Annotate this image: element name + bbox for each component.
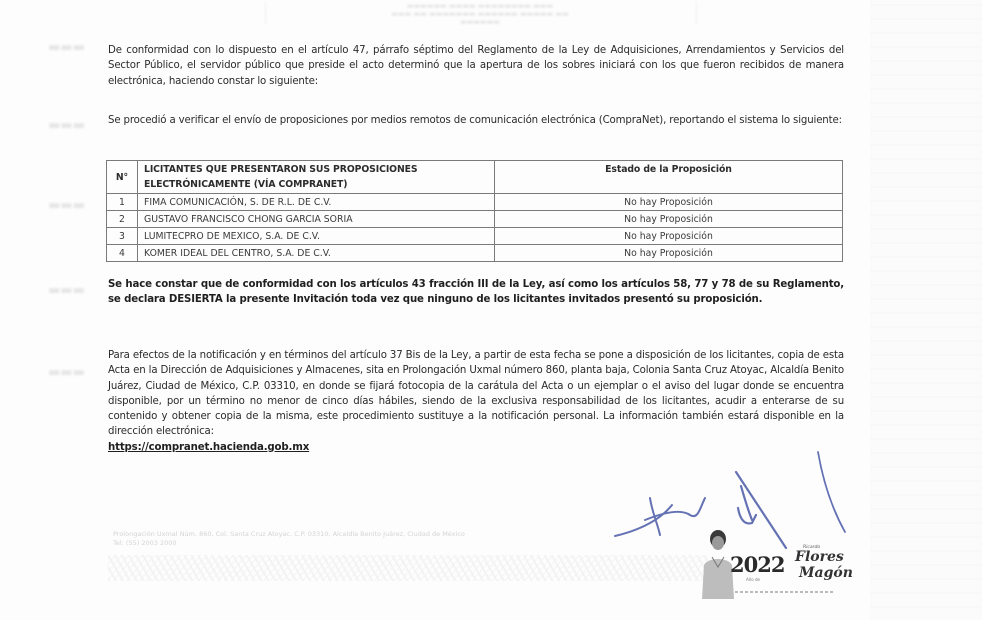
table-row: 2 GUSTAVO FRANCISCO CHONG GARCIA SORIA N… bbox=[107, 211, 843, 228]
ghost-header-bleedthrough: ▬▬▬▬▬▬ ▬▬▬▬ ▬▬▬▬▬▬▬▬ ▬▬▬▬▬▬ ▬▬ ▬▬▬▬▬▬▬ ▬… bbox=[290, 2, 670, 22]
logo-line2: Magón bbox=[799, 565, 853, 581]
row-status: No hay Proposición bbox=[495, 245, 843, 262]
column-header-number: N° bbox=[107, 161, 138, 194]
declaration-paragraph: Se hace constar que de conformidad con l… bbox=[108, 277, 844, 308]
ghost-margin-mark: ▬▬▬ bbox=[25, 198, 85, 213]
ghost-margin-mark: ▬▬▬ bbox=[25, 40, 85, 55]
logo-tagline bbox=[735, 591, 835, 593]
notification-paragraph: Para efectos de la notificación y en tér… bbox=[108, 348, 844, 455]
table-row: 1 FIMA COMUNICACIÓN, S. DE R.L. DE C.V. … bbox=[107, 194, 843, 211]
ghost-margin-mark: ▬▬▬ bbox=[25, 283, 85, 298]
ghost-right-bleedthrough bbox=[870, 0, 982, 620]
footer-address: Prolongación Uxmal Núm. 860, Col. Santa … bbox=[113, 530, 613, 548]
row-status: No hay Proposición bbox=[495, 194, 843, 211]
ghost-margin-mark: ▬▬▬ bbox=[25, 365, 85, 380]
table-row: 3 LUMITECPRO DE MEXICO, S.A. DE C.V. No … bbox=[107, 228, 843, 245]
bidders-table: N° LICITANTES QUE PRESENTARON SUS PROPOS… bbox=[106, 160, 843, 262]
footer-guilloche-pattern bbox=[108, 555, 708, 581]
compranet-link[interactable]: https://compranet.hacienda.gob.mx bbox=[108, 442, 309, 453]
signature-3-icon bbox=[818, 452, 845, 532]
ricardo-flores-magon-2022-logo: 2022 Año de Ricardo Flores Magón bbox=[700, 527, 850, 602]
column-header-bidders: LICITANTES QUE PRESENTARON SUS PROPOSICI… bbox=[138, 161, 495, 194]
portrait-icon bbox=[700, 527, 734, 599]
verification-paragraph: Se procedió a verificar el envío de prop… bbox=[108, 113, 844, 128]
row-number: 2 bbox=[107, 211, 138, 228]
row-status: No hay Proposición bbox=[495, 211, 843, 228]
notification-text: Para efectos de la notificación y en tér… bbox=[108, 350, 844, 437]
row-number: 4 bbox=[107, 245, 138, 262]
row-bidder: KOMER IDEAL DEL CENTRO, S.A. DE C.V. bbox=[138, 245, 495, 262]
logo-year: 2022 bbox=[730, 552, 784, 577]
footer-address-line: Prolongación Uxmal Núm. 860, Col. Santa … bbox=[113, 530, 613, 539]
intro-paragraph: De conformidad con lo dispuesto en el ar… bbox=[108, 43, 844, 89]
ghost-margin-mark: ▬▬▬ bbox=[25, 118, 85, 133]
row-status: No hay Proposición bbox=[495, 228, 843, 245]
footer-phone-line: Tel: (55) 2003 2000 bbox=[113, 539, 613, 548]
row-number: 1 bbox=[107, 194, 138, 211]
table-row: 4 KOMER IDEAL DEL CENTRO, S.A. DE C.V. N… bbox=[107, 245, 843, 262]
logo-line1: Flores bbox=[795, 549, 844, 565]
signature-1-icon bbox=[615, 498, 705, 536]
row-bidder: GUSTAVO FRANCISCO CHONG GARCIA SORIA bbox=[138, 211, 495, 228]
row-bidder: FIMA COMUNICACIÓN, S. DE R.L. DE C.V. bbox=[138, 194, 495, 211]
row-bidder: LUMITECPRO DE MEXICO, S.A. DE C.V. bbox=[138, 228, 495, 245]
logo-prefix: Año de bbox=[746, 577, 760, 582]
row-number: 3 bbox=[107, 228, 138, 245]
column-header-status: Estado de la Proposición bbox=[495, 161, 843, 194]
table-header-row: N° LICITANTES QUE PRESENTARON SUS PROPOS… bbox=[107, 161, 843, 194]
